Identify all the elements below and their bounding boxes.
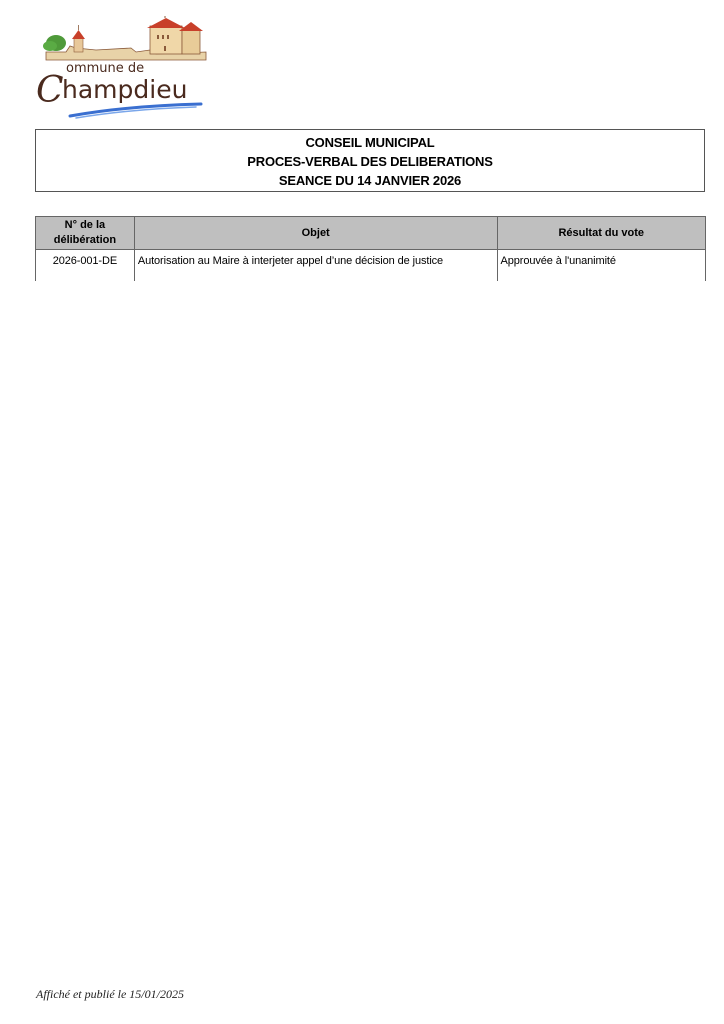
svg-text:ommune de: ommune de <box>66 61 144 76</box>
title-line-session: SEANCE DU 14 JANVIER 2026 <box>36 171 704 190</box>
cell-resultat: Approuvée à l'unanimité <box>497 250 705 282</box>
column-header-numero: N° de la délibération <box>36 217 135 250</box>
column-header-numero-line1: N° de la <box>65 219 105 231</box>
title-line-minutes: PROCES-VERBAL DES DELIBERATIONS <box>36 152 704 171</box>
svg-text:hampdieu: hampdieu <box>62 75 187 104</box>
cell-objet: Autorisation au Maire à interjeter appel… <box>134 250 497 282</box>
document-title-box: CONSEIL MUNICIPAL PROCES-VERBAL DES DELI… <box>35 129 705 192</box>
publication-footer: Affiché et publié le 15/01/2025 <box>36 987 184 1002</box>
deliberations-table: N° de la délibération Objet Résultat du … <box>35 216 706 281</box>
cell-numero: 2026-001-DE <box>36 250 135 282</box>
table-row: 2026-001-DE Autorisation au Maire à inte… <box>36 250 706 282</box>
column-header-resultat: Résultat du vote <box>497 217 705 250</box>
column-header-numero-line2: délibération <box>54 234 116 246</box>
table-header-row: N° de la délibération Objet Résultat du … <box>36 217 706 250</box>
title-line-council: CONSEIL MUNICIPAL <box>36 133 704 152</box>
column-header-objet: Objet <box>134 217 497 250</box>
champdieu-castle-icon: ommune de C hampdieu <box>36 16 211 122</box>
svg-text:C: C <box>36 70 64 111</box>
commune-logo: ommune de C hampdieu <box>36 16 211 122</box>
